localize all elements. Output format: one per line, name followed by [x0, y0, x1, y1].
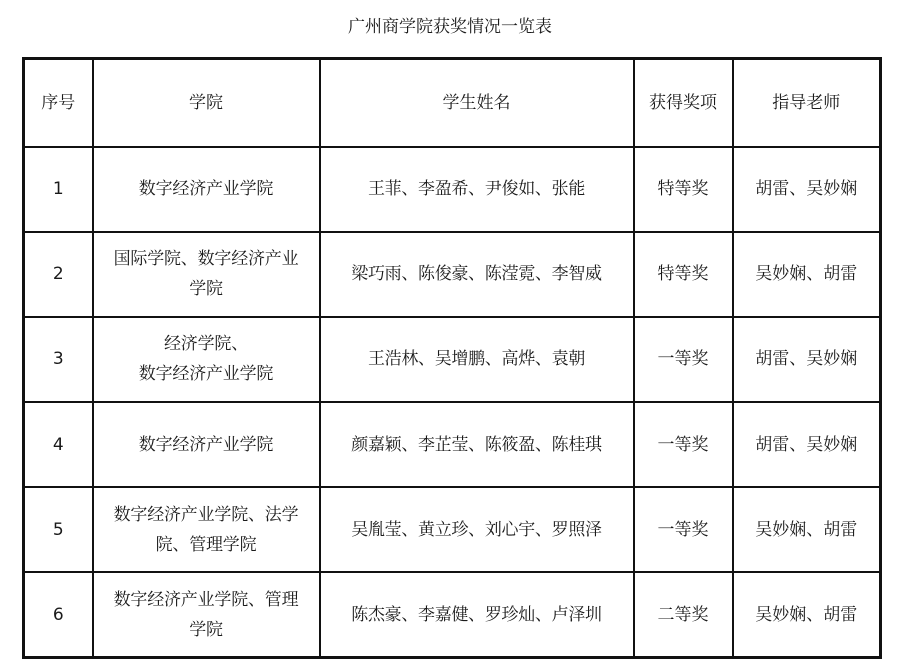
cell-no: 2: [24, 232, 93, 317]
cell-students: 颜嘉颖、李芷莹、陈筱盈、陈桂琪: [320, 402, 634, 487]
cell-college: 数字经济产业学院: [93, 147, 320, 232]
cell-college: 数字经济产业学院: [93, 402, 320, 487]
cell-award: 二等奖: [634, 572, 733, 657]
table-row: 5 数字经济产业学院、法学 院、管理学院 吴胤莹、黄立珍、刘心宇、罗照泽 一等奖…: [24, 487, 881, 572]
table-header-row: 序号 学院 学生姓名 获得奖项 指导老师: [24, 59, 881, 147]
table-row: 3 经济学院、 数字经济产业学院 王浩林、吴增鹏、高烨、袁朝 一等奖 胡雷、吴妙…: [24, 317, 881, 402]
college-line: 学院: [95, 615, 318, 645]
cell-award: 特等奖: [634, 232, 733, 317]
column-header-advisors: 指导老师: [733, 59, 881, 147]
college-line: 经济学院、: [95, 329, 318, 359]
cell-students: 陈杰豪、李嘉健、罗珍灿、卢泽圳: [320, 572, 634, 657]
cell-no: 3: [24, 317, 93, 402]
college-line: 数字经济产业学院、管理: [95, 585, 318, 615]
cell-college: 数字经济产业学院、法学 院、管理学院: [93, 487, 320, 572]
cell-students: 王浩林、吴增鹏、高烨、袁朝: [320, 317, 634, 402]
cell-students: 吴胤莹、黄立珍、刘心宇、罗照泽: [320, 487, 634, 572]
cell-advisors: 胡雷、吴妙娴: [733, 402, 881, 487]
college-line: 院、管理学院: [95, 530, 318, 560]
cell-advisors: 胡雷、吴妙娴: [733, 317, 881, 402]
table-row: 6 数字经济产业学院、管理 学院 陈杰豪、李嘉健、罗珍灿、卢泽圳 二等奖 吴妙娴…: [24, 572, 881, 657]
awards-table: 序号 学院 学生姓名 获得奖项 指导老师 1 数字经济产业学院 王菲、李盈希、尹…: [22, 57, 882, 659]
cell-advisors: 吴妙娴、胡雷: [733, 232, 881, 317]
college-line: 数字经济产业学院: [95, 430, 318, 460]
column-header-college: 学院: [93, 59, 320, 147]
table-row: 4 数字经济产业学院 颜嘉颖、李芷莹、陈筱盈、陈桂琪 一等奖 胡雷、吴妙娴: [24, 402, 881, 487]
table-row: 1 数字经济产业学院 王菲、李盈希、尹俊如、张能 特等奖 胡雷、吴妙娴: [24, 147, 881, 232]
cell-no: 6: [24, 572, 93, 657]
cell-award: 一等奖: [634, 317, 733, 402]
cell-advisors: 吴妙娴、胡雷: [733, 487, 881, 572]
cell-college: 数字经济产业学院、管理 学院: [93, 572, 320, 657]
cell-college: 国际学院、数字经济产业 学院: [93, 232, 320, 317]
college-line: 学院: [95, 274, 318, 304]
college-line: 数字经济产业学院、法学: [95, 500, 318, 530]
college-line: 数字经济产业学院: [95, 174, 318, 204]
column-header-no: 序号: [24, 59, 93, 147]
cell-college: 经济学院、 数字经济产业学院: [93, 317, 320, 402]
cell-students: 王菲、李盈希、尹俊如、张能: [320, 147, 634, 232]
cell-no: 5: [24, 487, 93, 572]
college-line: 国际学院、数字经济产业: [95, 244, 318, 274]
cell-advisors: 吴妙娴、胡雷: [733, 572, 881, 657]
cell-no: 4: [24, 402, 93, 487]
cell-no: 1: [24, 147, 93, 232]
cell-award: 特等奖: [634, 147, 733, 232]
college-line: 数字经济产业学院: [95, 359, 318, 389]
cell-award: 一等奖: [634, 487, 733, 572]
cell-advisors: 胡雷、吴妙娴: [733, 147, 881, 232]
column-header-award: 获得奖项: [634, 59, 733, 147]
page-title: 广州商学院获奖情况一览表: [0, 12, 900, 42]
column-header-students: 学生姓名: [320, 59, 634, 147]
cell-students: 梁巧雨、陈俊豪、陈滢霓、李智威: [320, 232, 634, 317]
table-row: 2 国际学院、数字经济产业 学院 梁巧雨、陈俊豪、陈滢霓、李智威 特等奖 吴妙娴…: [24, 232, 881, 317]
cell-award: 一等奖: [634, 402, 733, 487]
